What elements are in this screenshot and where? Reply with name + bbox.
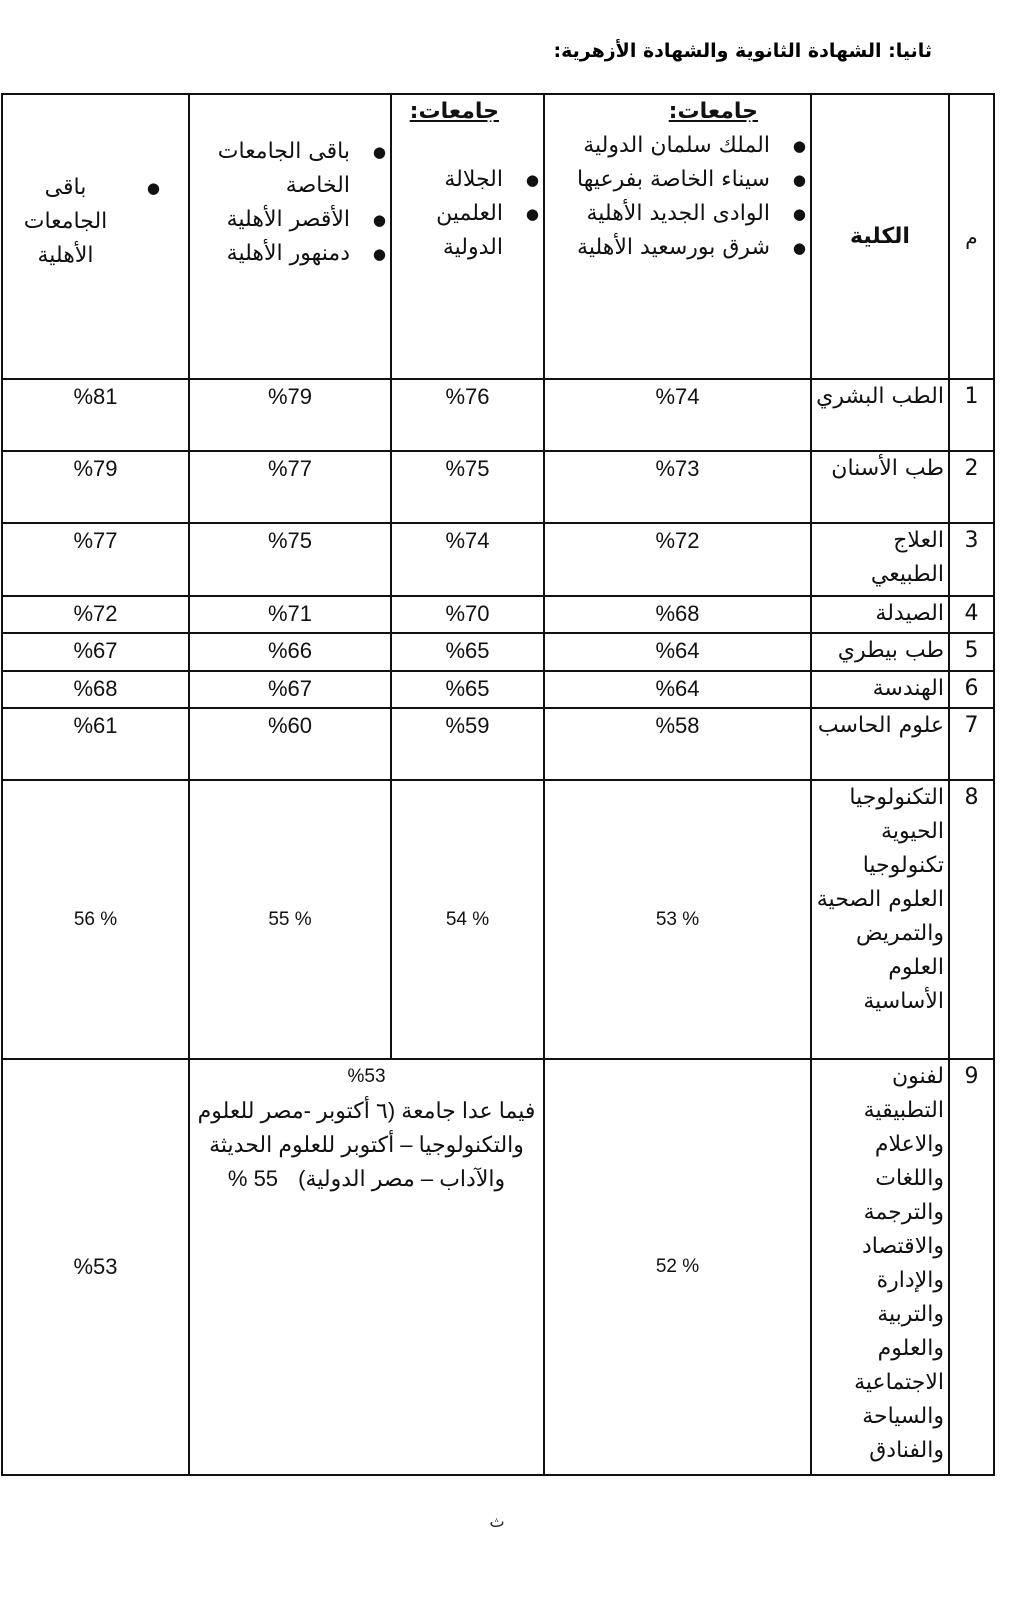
- header-college: الكلية: [811, 94, 949, 379]
- university-item: العلمين الدولية: [396, 197, 503, 265]
- row-college: الهندسة: [811, 671, 949, 708]
- cell-value: %64: [544, 633, 811, 671]
- cell-value: %77: [189, 451, 391, 523]
- cell-value: %74: [544, 379, 811, 451]
- university-item: الجلالة: [396, 163, 503, 197]
- cell-value: %58: [544, 708, 811, 780]
- table-row: 2 طب الأسنان %73 %75 %77 %79: [2, 451, 994, 523]
- row-college: التكنولوجيا الحيوية تكنولوجيا العلوم الص…: [811, 780, 949, 1059]
- cell-value: %76: [391, 379, 544, 451]
- cell-value: %53: [2, 1059, 189, 1475]
- table-row: 5 طب بيطري %64 %65 %66 %67: [2, 633, 994, 671]
- cell-value: %72: [2, 596, 189, 633]
- header-num: م: [949, 94, 994, 379]
- row-num: 7: [949, 708, 994, 780]
- university-item: باقى الجامعات الأهلية: [7, 171, 124, 273]
- merged-pct: %53: [194, 1060, 539, 1094]
- cell-value: %73: [544, 451, 811, 523]
- cell-value: %67: [2, 633, 189, 671]
- row-college: طب بيطري: [811, 633, 949, 671]
- table-row: 1 الطب البشري %74 %76 %79 %81: [2, 379, 994, 451]
- row-college: طب الأسنان: [811, 451, 949, 523]
- cell-value: %75: [391, 451, 544, 523]
- table-header-row: م الكلية جامعات: الملك سلمان الدولية سين…: [2, 94, 994, 379]
- university-item: باقى الجامعات الخاصة: [194, 135, 350, 203]
- exception-pct: % 55: [228, 1166, 278, 1191]
- group-heading: جامعات:: [396, 95, 539, 129]
- cell-value: %66: [189, 633, 391, 671]
- cell-value: % 54: [391, 780, 544, 1059]
- section-title: ثانيا: الشهادة الثانوية والشهادة الأزهري…: [554, 40, 933, 62]
- university-item: الملك سلمان الدولية: [549, 129, 770, 163]
- cell-value: %65: [391, 633, 544, 671]
- university-list: باقى الجامعات الخاصة الأقصر الأهلية دمنه…: [194, 135, 386, 271]
- university-list: الملك سلمان الدولية سيناء الخاصة بفرعيها…: [549, 129, 806, 265]
- table-row: 8 التكنولوجيا الحيوية تكنولوجيا العلوم ا…: [2, 780, 994, 1059]
- row-college: العلاج الطبيعي: [811, 523, 949, 596]
- cell-value: %70: [391, 596, 544, 633]
- cell-value: % 56: [2, 780, 189, 1059]
- cell-value: %79: [2, 451, 189, 523]
- cell-value: %71: [189, 596, 391, 633]
- cell-value: %64: [544, 671, 811, 708]
- university-list: الجلالة العلمين الدولية: [396, 163, 539, 265]
- row-college: الصيدلة: [811, 596, 949, 633]
- table-row: 4 الصيدلة %68 %70 %71 %72: [2, 596, 994, 633]
- row-num: 4: [949, 596, 994, 633]
- page-marker: ث: [0, 1512, 994, 1531]
- row-college: لفنون التطبيقية والاعلام واللغات والترجم…: [811, 1059, 949, 1475]
- row-college: الطب البشري: [811, 379, 949, 451]
- university-item: دمنهور الأهلية: [194, 237, 350, 271]
- cell-value: %68: [2, 671, 189, 708]
- cell-value: %74: [391, 523, 544, 596]
- cell-value: %68: [544, 596, 811, 633]
- header-group-4: باقى الجامعات الأهلية: [2, 94, 189, 379]
- row-num: 6: [949, 671, 994, 708]
- cell-value: %60: [189, 708, 391, 780]
- row-num: 8: [949, 780, 994, 1059]
- cell-value: %79: [189, 379, 391, 451]
- header-group-2: جامعات: الجلالة العلمين الدولية: [391, 94, 544, 379]
- university-item: شرق بورسعيد الأهلية: [549, 231, 770, 265]
- cell-value: %77: [2, 523, 189, 596]
- cell-value: %59: [391, 708, 544, 780]
- admission-table: م الكلية جامعات: الملك سلمان الدولية سين…: [1, 93, 995, 1476]
- cell-value: %72: [544, 523, 811, 596]
- university-list: باقى الجامعات الأهلية: [7, 171, 184, 273]
- university-item: الأقصر الأهلية: [194, 203, 350, 237]
- header-group-3: باقى الجامعات الخاصة الأقصر الأهلية دمنه…: [189, 94, 391, 379]
- row-num: 3: [949, 523, 994, 596]
- header-group-1: جامعات: الملك سلمان الدولية سيناء الخاصة…: [544, 94, 811, 379]
- table-row: 6 الهندسة %64 %65 %67 %68: [2, 671, 994, 708]
- university-item: الوادى الجديد الأهلية: [549, 197, 770, 231]
- cell-value: %81: [2, 379, 189, 451]
- row-num: 9: [949, 1059, 994, 1475]
- cell-value: % 55: [189, 780, 391, 1059]
- cell-value: % 52: [544, 1059, 811, 1475]
- row-num: 1: [949, 379, 994, 451]
- row-num: 5: [949, 633, 994, 671]
- merged-exception-cell: %53 فيما عدا جامعة (٦ أكتوبر -مصر للعلوم…: [189, 1059, 544, 1475]
- cell-value: %67: [189, 671, 391, 708]
- cell-value: % 53: [544, 780, 811, 1059]
- row-college: علوم الحاسب: [811, 708, 949, 780]
- table-row: 3 العلاج الطبيعي %72 %74 %75 %77: [2, 523, 994, 596]
- table-row: 9 لفنون التطبيقية والاعلام واللغات والتر…: [2, 1059, 994, 1475]
- cell-value: %65: [391, 671, 544, 708]
- university-item: سيناء الخاصة بفرعيها: [549, 163, 770, 197]
- group-heading: جامعات:: [549, 95, 806, 129]
- row-num: 2: [949, 451, 994, 523]
- table-row: 7 علوم الحاسب %58 %59 %60 %61: [2, 708, 994, 780]
- cell-value: %61: [2, 708, 189, 780]
- cell-value: %75: [189, 523, 391, 596]
